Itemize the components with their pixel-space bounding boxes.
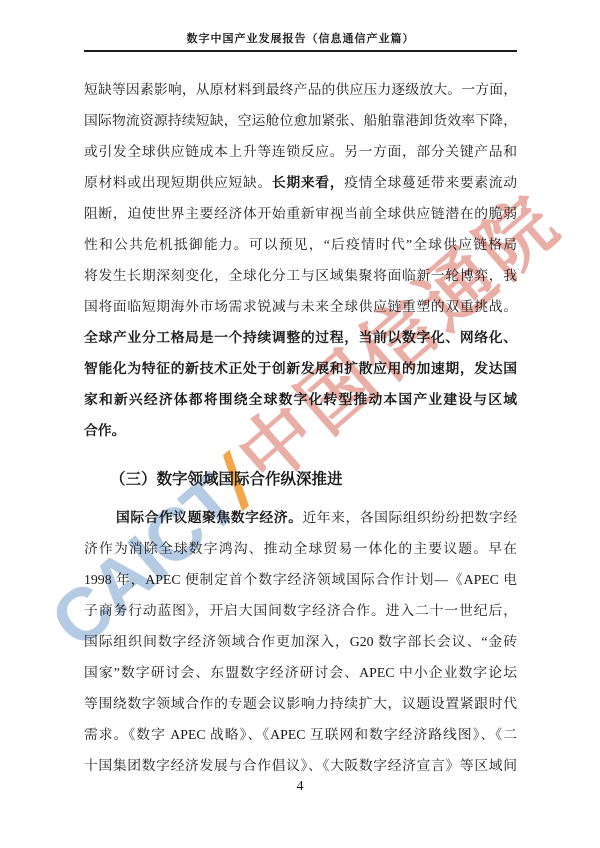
text-line: 需求。《数字 APEC 战略》、《APEC 互联网和数字经济路线图》、《二 xyxy=(84,719,517,750)
document-page: CAICT/中国信通院 数字中国产业发展报告（信息通信产业篇） 短缺等因素影响，… xyxy=(0,0,600,848)
text-segment: 将发生长期深刻变化，全球化分工与区域集聚将面临新一轮博弈，我 xyxy=(84,268,517,283)
text-line: 全球产业分工格局是一个持续调整的过程，当前以数字化、网络化、 xyxy=(84,322,517,353)
text-segment: 近年来，各国际组织纷纷把数字经 xyxy=(302,510,517,525)
text-line: 济作为消除全球数字鸿沟、推动全球贸易一体化的主要议题。早在 xyxy=(84,533,517,564)
text-line: 阻断，迫使世界主要经济体开始重新审视当前全球供应链潜在的脆弱 xyxy=(84,198,517,229)
text-line: 国际合作议题聚焦数字经济。近年来，各国际组织纷纷把数字经 xyxy=(84,502,517,533)
text-line: 等围绕数字领域合作的专题会议影响力持续扩大，议题设置紧跟时代 xyxy=(84,688,517,719)
text-segment: 疫情全球蔓延带来要素流动 xyxy=(344,175,517,190)
page-footer: 4 xyxy=(0,779,600,795)
text-segment: 原材料或出现短期供应短缺。 xyxy=(84,175,272,190)
text-line: 性和公共危机抵御能力。可以预见，“后疫情时代”全球供应链格局 xyxy=(84,229,517,260)
text-segment: 国际物流资源持续短缺，空运舱位愈加紧张、船舶靠港卸货效率下降， xyxy=(84,113,517,128)
text-segment: 等围绕数字领域合作的专题会议影响力持续扩大，议题设置紧跟时代 xyxy=(84,696,517,711)
section-heading: （三）数字领域国际合作纵深推进 xyxy=(84,464,517,495)
text-line: 或引发全球供应链成本上升等连锁反应。另一方面，部分关键产品和 xyxy=(84,136,517,167)
bold-text-segment: 合作。 xyxy=(84,423,125,438)
paragraph-supply-chain: 短缺等因素影响，从原材料到最终产品的供应压力逐级放大。一方面，国际物流资源持续短… xyxy=(84,74,517,446)
document-body: 短缺等因素影响，从原材料到最终产品的供应压力逐级放大。一方面，国际物流资源持续短… xyxy=(84,74,517,781)
text-line: 十国集团数字经济发展与合作倡议》、《大阪数字经济宣言》等区域间 xyxy=(84,750,517,781)
text-line: 国际物流资源持续短缺，空运舱位愈加紧张、船舶靠港卸货效率下降， xyxy=(84,105,517,136)
text-line: 合作。 xyxy=(84,415,517,446)
bold-text-segment: 家和新兴经济体都将围绕全球数字化转型推动本国产业建设与区域 xyxy=(84,392,517,407)
text-line: 国将面临短期海外市场需求锐减与未来全球供应链重塑的双重挑战。 xyxy=(84,291,517,322)
bold-text-segment: 智能化为特征的新技术正处于创新发展和扩散应用的加速期，发达国 xyxy=(84,361,517,376)
text-line: 子商务行动蓝图》，开启大国间数字经济合作。进入二十一世纪后， xyxy=(84,595,517,626)
text-line: 短缺等因素影响，从原材料到最终产品的供应压力逐级放大。一方面， xyxy=(84,74,517,105)
text-segment: 国家”数字研讨会、东盟数字经济研讨会、APEC 中小企业数字论坛 xyxy=(84,665,517,680)
text-line: 原材料或出现短期供应短缺。长期来看，疫情全球蔓延带来要素流动 xyxy=(84,167,517,198)
text-segment: 需求。《数字 APEC 战略》、《APEC 互联网和数字经济路线图》、《二 xyxy=(84,727,517,742)
text-line: 国家”数字研讨会、东盟数字经济研讨会、APEC 中小企业数字论坛 xyxy=(84,657,517,688)
report-title: 数字中国产业发展报告（信息通信产业篇） xyxy=(84,30,517,52)
text-segment: 子商务行动蓝图》，开启大国间数字经济合作。进入二十一世纪后， xyxy=(84,603,517,618)
bold-text-segment: 全球产业分工格局是一个持续调整的过程，当前以数字化、网络化、 xyxy=(84,330,517,345)
text-segment: 济作为消除全球数字鸿沟、推动全球贸易一体化的主要议题。早在 xyxy=(84,541,517,556)
bold-text-segment: 国际合作议题聚焦数字经济。 xyxy=(116,510,302,525)
text-line: 国际组织间数字经济领域合作更加深入，G20 数字部长会议、“金砖 xyxy=(84,626,517,657)
text-line: 1998 年，APEC 便制定首个数字经济领域国际合作计划—《APEC 电 xyxy=(84,564,517,595)
text-segment: 国际组织间数字经济领域合作更加深入，G20 数字部长会议、“金砖 xyxy=(84,634,517,649)
text-segment: 或引发全球供应链成本上升等连锁反应。另一方面，部分关键产品和 xyxy=(84,144,517,159)
paragraph-intl-cooperation: 国际合作议题聚焦数字经济。近年来，各国际组织纷纷把数字经济作为消除全球数字鸿沟、… xyxy=(84,502,517,781)
bold-text-segment: 长期来看， xyxy=(272,175,344,190)
text-line: 家和新兴经济体都将围绕全球数字化转型推动本国产业建设与区域 xyxy=(84,384,517,415)
text-line: 智能化为特征的新技术正处于创新发展和扩散应用的加速期，发达国 xyxy=(84,353,517,384)
text-segment: 短缺等因素影响，从原材料到最终产品的供应压力逐级放大。一方面， xyxy=(84,82,517,97)
text-segment: 国将面临短期海外市场需求锐减与未来全球供应链重塑的双重挑战。 xyxy=(84,299,517,314)
page-header: 数字中国产业发展报告（信息通信产业篇） xyxy=(84,30,517,52)
text-segment: 十国集团数字经济发展与合作倡议》、《大阪数字经济宣言》等区域间 xyxy=(84,758,517,773)
page-number: 4 xyxy=(297,779,304,794)
text-segment: 阻断，迫使世界主要经济体开始重新审视当前全球供应链潜在的脆弱 xyxy=(84,206,517,221)
text-segment: 性和公共危机抵御能力。可以预见，“后疫情时代”全球供应链格局 xyxy=(84,237,517,252)
text-segment: 1998 年，APEC 便制定首个数字经济领域国际合作计划—《APEC 电 xyxy=(84,572,517,587)
text-line: 将发生长期深刻变化，全球化分工与区域集聚将面临新一轮博弈，我 xyxy=(84,260,517,291)
